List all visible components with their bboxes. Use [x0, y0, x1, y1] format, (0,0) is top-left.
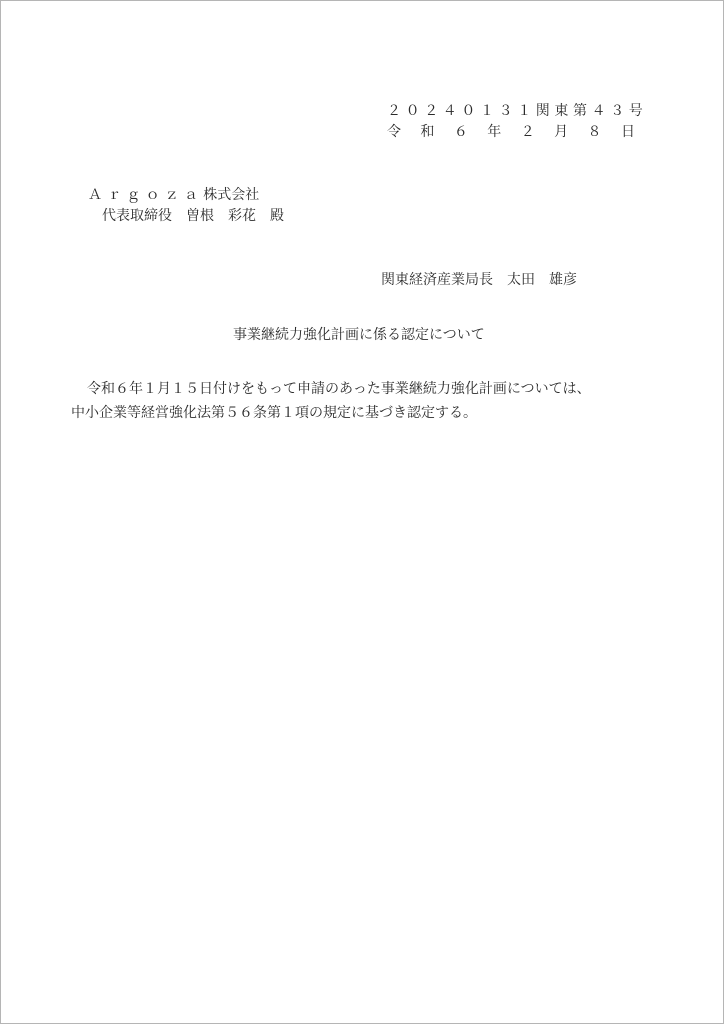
date-part: 月 [554, 123, 568, 141]
date-part: ２ [521, 123, 535, 141]
document-subject: 事業継続力強化計画に係る認定について [233, 326, 485, 344]
date-part: ８ [588, 123, 602, 141]
document-page: ２０２４０１３１関東第４３号 令 和 ６ 年 ２ 月 ８ 日 Ａｒｇｏｚａ株式会… [0, 0, 724, 1024]
date-part: 和 [420, 123, 434, 141]
recipient-representative: 代表取締役 曽根 彩花 殿 [102, 207, 284, 225]
date-part: 年 [487, 123, 501, 141]
body-text-line: 令和６年１月１５日付けをもって申請のあった事業継続力強化計画については、 [87, 380, 591, 398]
date-part: 令 [387, 123, 401, 141]
recipient-company: Ａｒｇｏｚａ株式会社 [88, 186, 259, 204]
company-name-latin: Ａｒｇｏｚａ [88, 187, 203, 203]
body-text-line: 中小企業等経営強化法第５６条第１項の規定に基づき認定する。 [71, 404, 477, 422]
sender-signature: 関東経済産業局長 太田 雄彦 [381, 271, 577, 289]
document-number: ２０２４０１３１関東第４３号 [387, 102, 647, 120]
date-part: ６ [454, 123, 468, 141]
company-suffix: 株式会社 [203, 187, 259, 203]
date-part: 日 [621, 123, 635, 141]
issue-date: 令 和 ６ 年 ２ 月 ８ 日 [387, 123, 635, 141]
